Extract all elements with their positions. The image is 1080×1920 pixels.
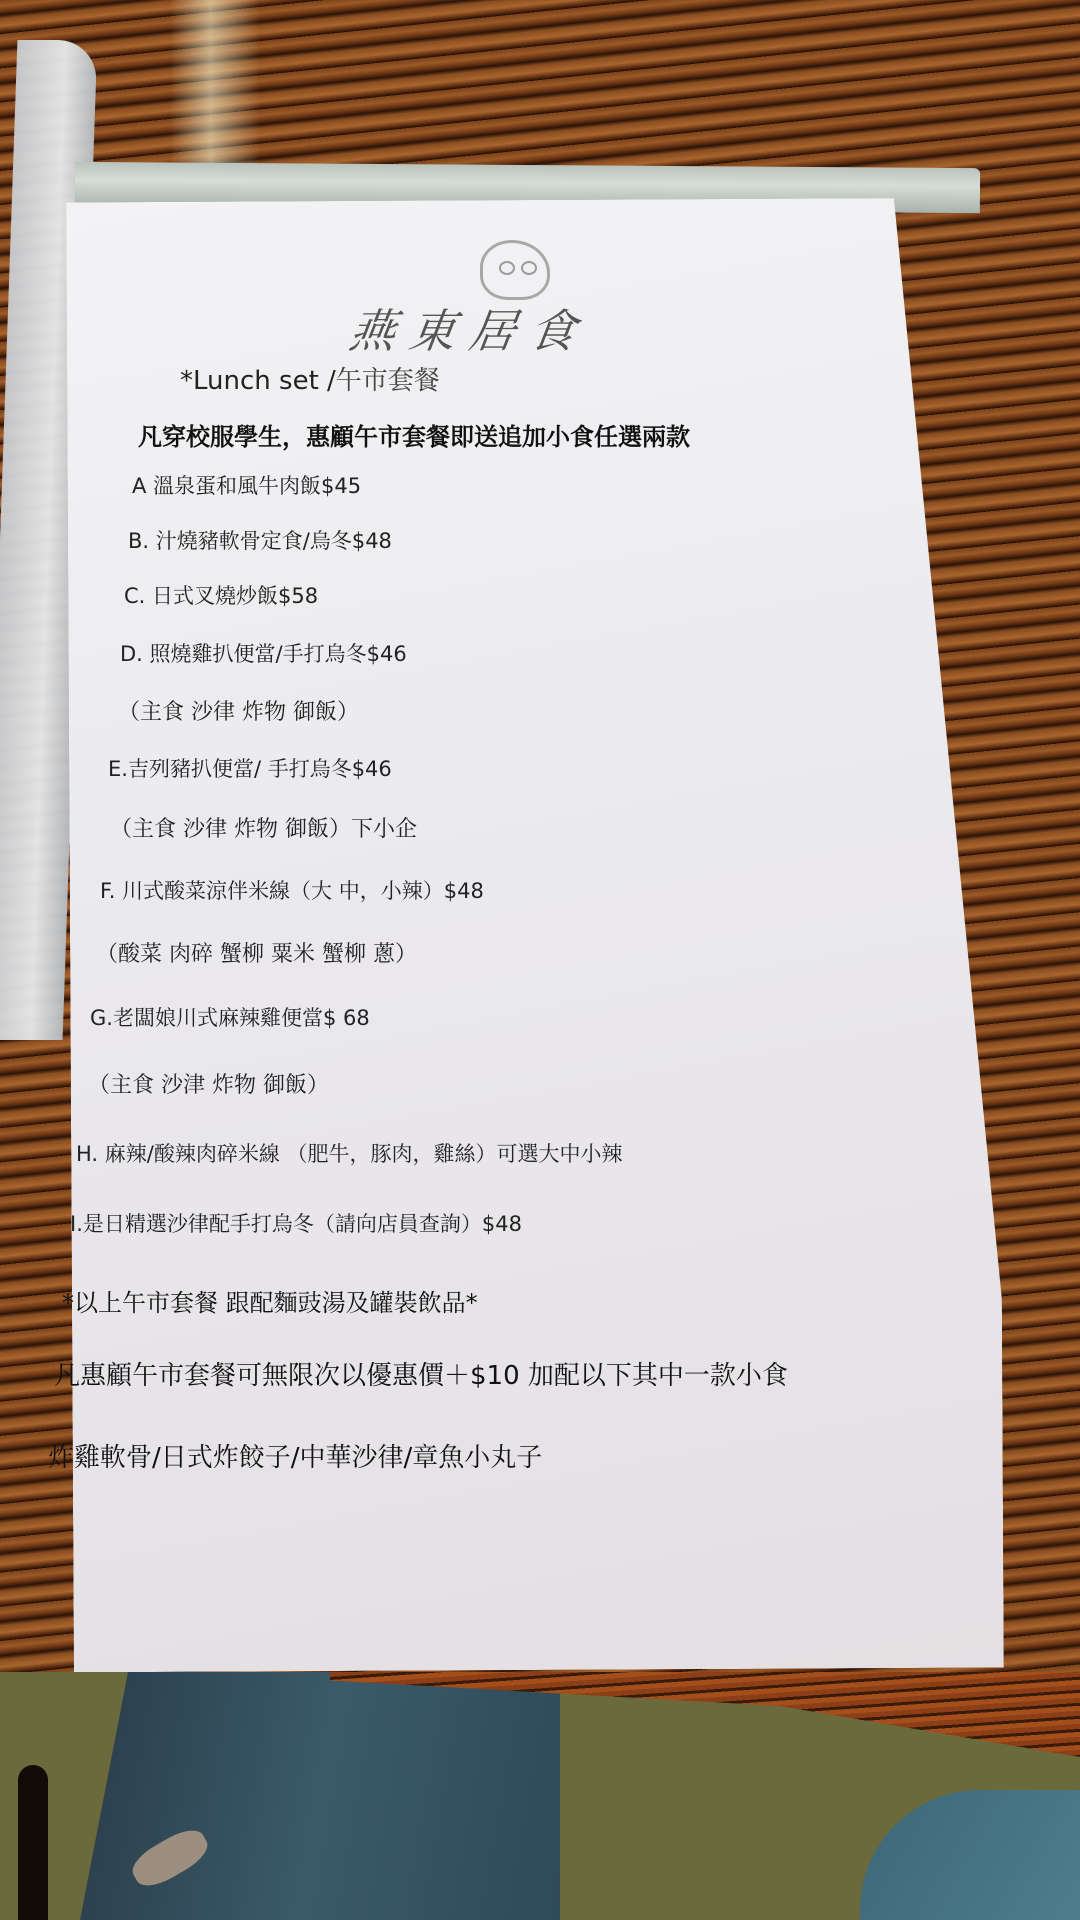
menu-item-h: H. 麻辣/酸辣肉碎米線 （肥牛，豚肉，雞絲）可選大中小辣 — [76, 1138, 623, 1168]
menu-item-c: C. 日式叉燒炒飯$58 — [124, 580, 318, 610]
menu-item-e: E.吉列豬扒便當/ 手打烏冬$46 — [108, 753, 392, 783]
light-glare — [170, 0, 260, 180]
menu-item-a: A 溫泉蛋和風牛肉飯$45 — [132, 470, 361, 500]
student-promo: 凡穿校服學生，惠顧午市套餐即送追加小食任選兩款 — [138, 417, 690, 452]
menu-title: *Lunch set /午市套餐 — [180, 360, 440, 397]
chair-leg — [18, 1765, 48, 1920]
restaurant-logo-text: 燕東居食 — [345, 295, 594, 361]
menu-item-b: B. 汁燒豬軟骨定食/烏冬$48 — [128, 525, 392, 555]
menu-item-d: D. 照燒雞扒便當/手打烏冬$46 — [120, 638, 407, 668]
addon-offer: 凡惠顧午市套餐可無限次以優惠價＋$10 加配以下其中一款小食 — [54, 1355, 788, 1392]
snack-options: 炸雞軟骨/日式炸餃子/中華沙律/章魚小丸子 — [48, 1437, 542, 1474]
menu-item-g: G.老闆娘川式麻辣雞便當$ 68 — [90, 1002, 370, 1032]
menu-item-i: I.是日精選沙律配手打烏冬（請向店員查詢）$48 — [70, 1208, 522, 1238]
menu-item-d-detail: （主食 沙律 炸物 御飯） — [118, 695, 359, 726]
set-includes-note: *以上午市套餐 跟配麵豉湯及罐裝飲品* — [62, 1283, 478, 1318]
menu-item-f: F. 川式酸菜涼伴米線（大 中，小辣）$48 — [100, 875, 484, 905]
menu-title-zh: 午市套餐 — [336, 366, 440, 396]
menu-item-f-detail: （酸菜 肉碎 蟹柳 粟米 蟹柳 蔥） — [96, 937, 417, 968]
menu-title-en: *Lunch set / — [180, 366, 336, 396]
menu-item-g-detail: （主食 沙津 炸物 御飯） — [88, 1068, 329, 1099]
menu-item-e-detail: （主食 沙律 炸物 御飯）下小企 — [110, 812, 417, 843]
